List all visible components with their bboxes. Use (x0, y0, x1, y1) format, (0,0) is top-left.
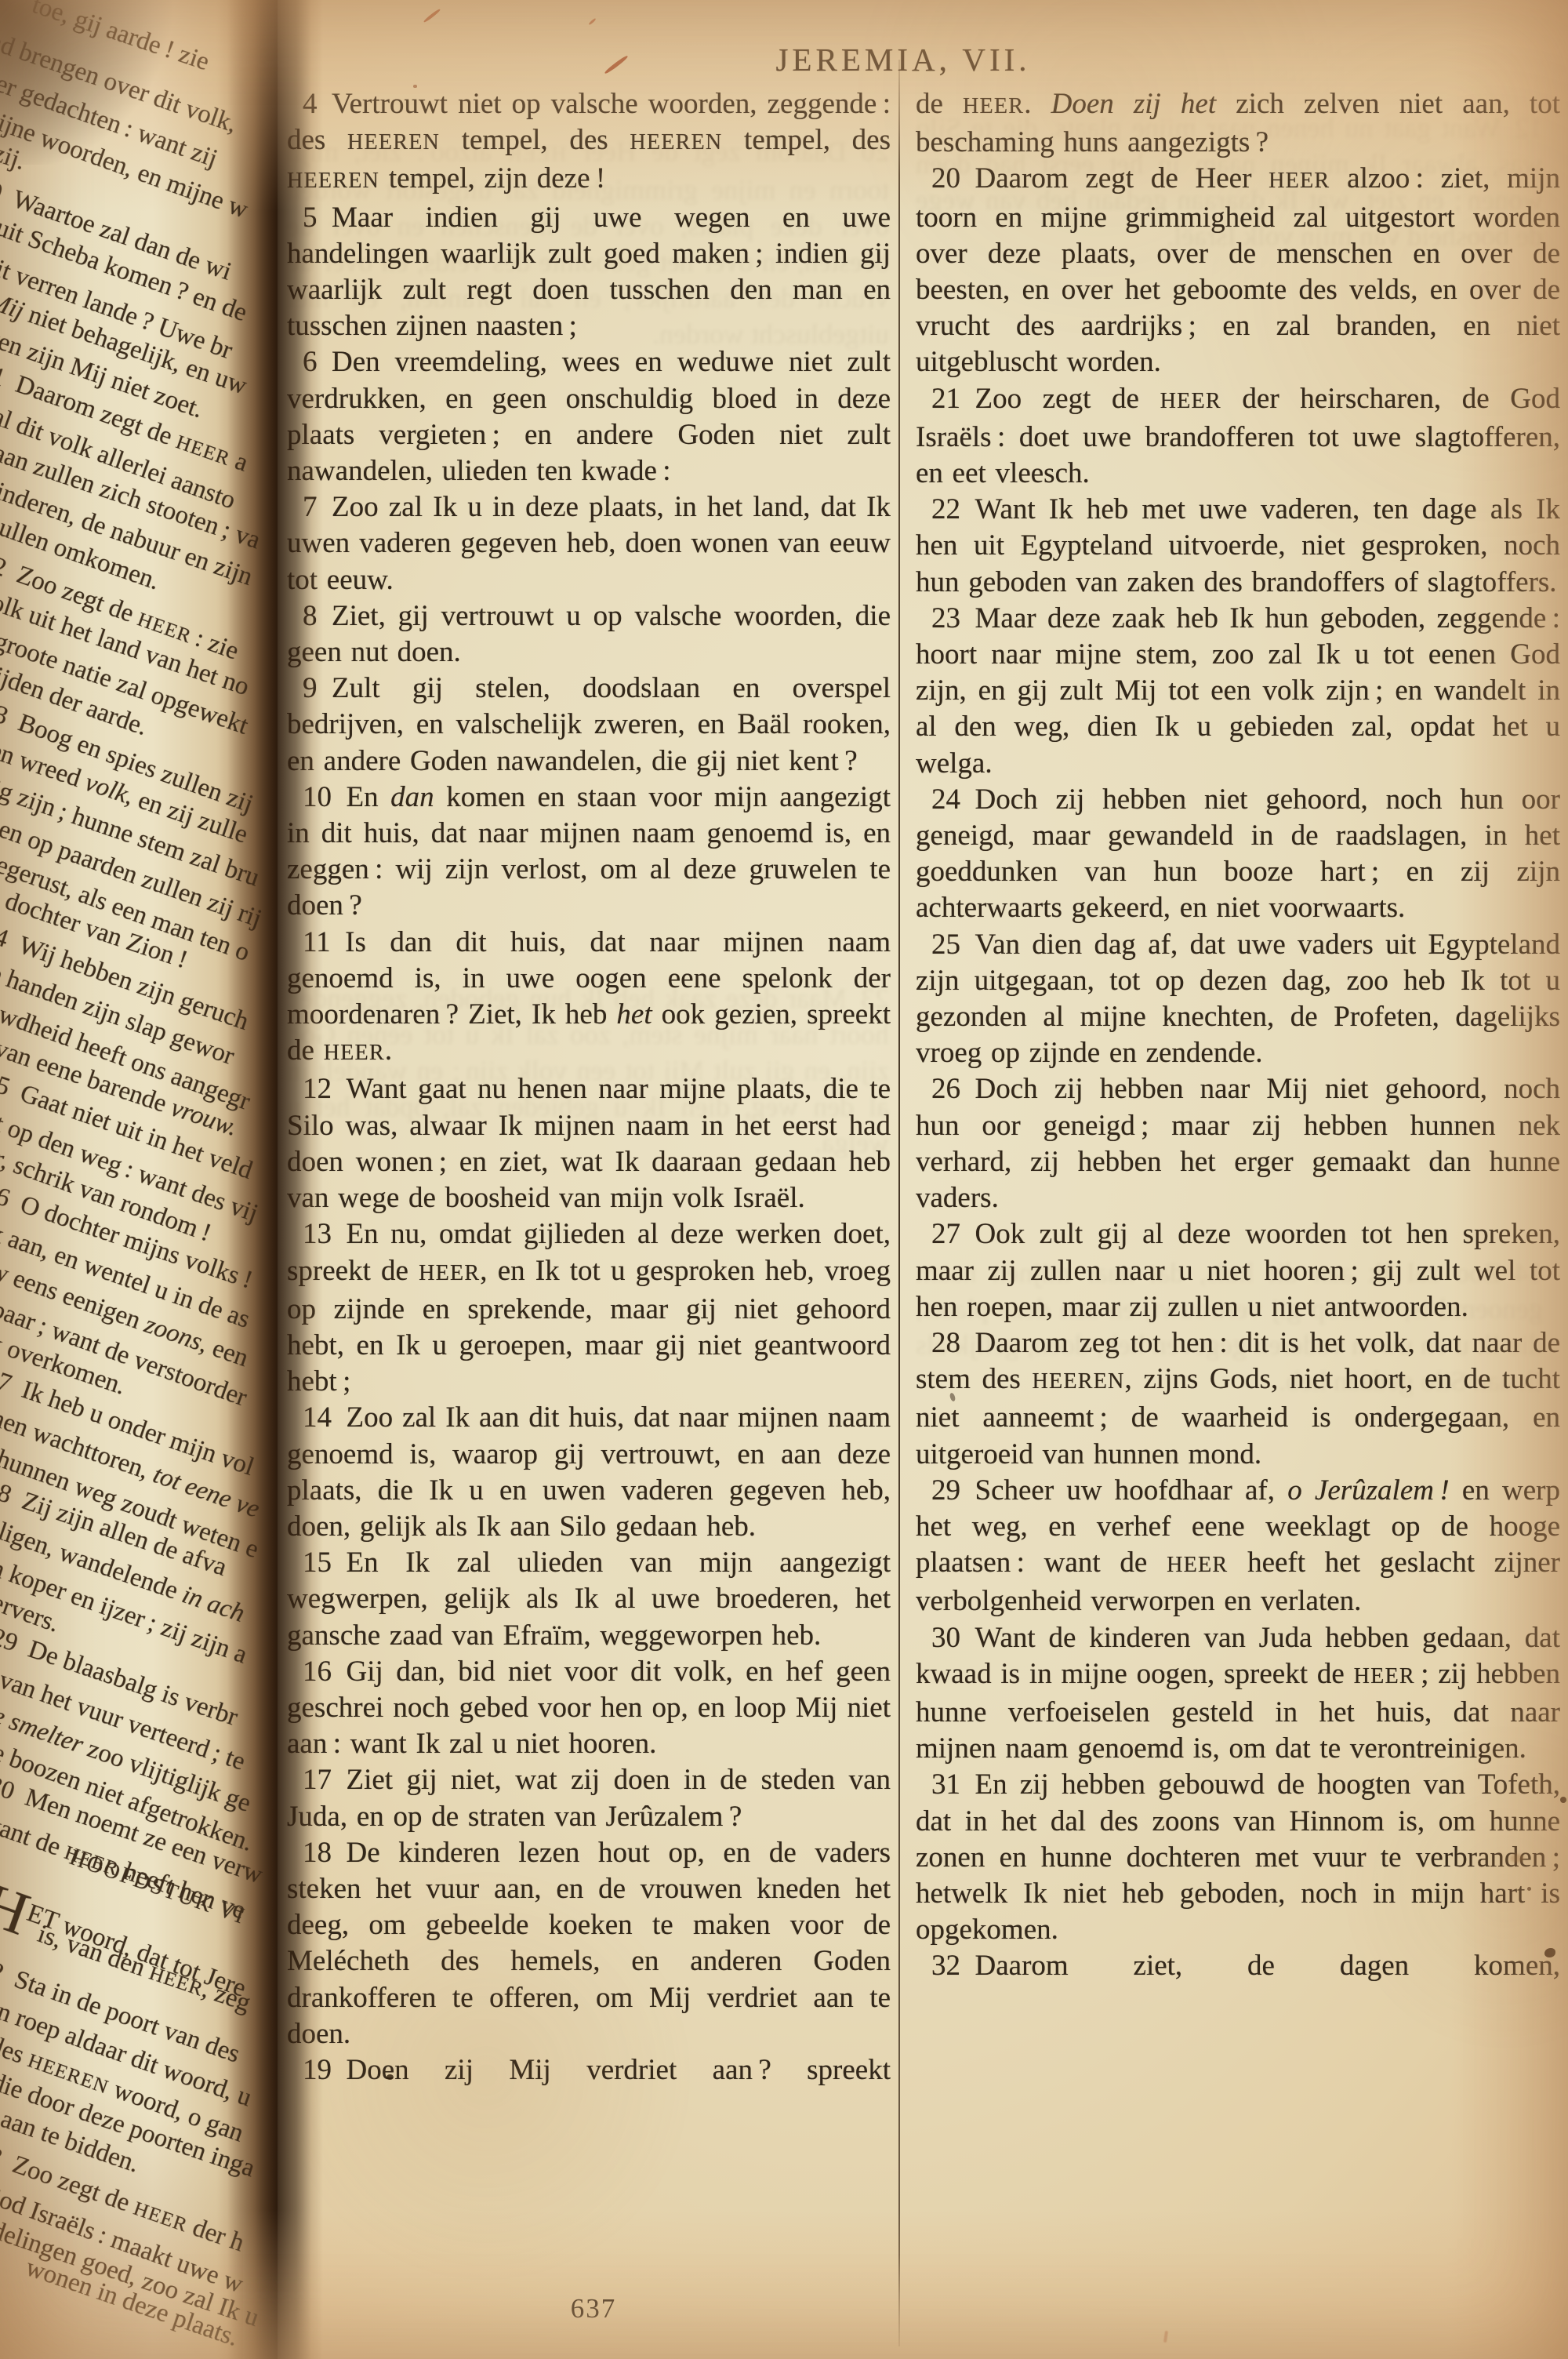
small-caps-name: HEEREN (1032, 1369, 1124, 1394)
verse-7: 7 Zoo zal Ik u in deze plaats, in het la… (287, 489, 891, 598)
verse-5: 5 Maar indien gij uwe wegen en uwe hande… (287, 200, 891, 345)
red-pen-mark (604, 55, 629, 75)
page-number: 637 (553, 2293, 634, 2324)
verse-17: 17 Ziet gij niet, wat zij doen in de ste… (287, 1762, 891, 1834)
small-caps-name: HEER (131, 2197, 191, 2237)
binding-gutter-shadow (227, 0, 323, 2359)
verse-25: 25 Van dien dag af, dat uwe vaders uit E… (916, 927, 1560, 1072)
verse-18: 18 De kinderen lezen hout op, en de vade… (287, 1835, 891, 2052)
verse-29: 29 Scheer uw hoofdhaar af, o Jerûzalem !… (916, 1473, 1560, 1620)
verse-24: 24 Doch zij hebben niet gehoord, noch hu… (916, 782, 1560, 927)
small-caps-name: HEER (1167, 1553, 1228, 1577)
verse-12: 12 Want gaat nu henen naar mijne plaats,… (287, 1071, 891, 1216)
verse-4: 4 Vertrouwt niet op valsche woorden, zeg… (287, 86, 891, 200)
verse-19-continued: de HEER. Doen zij het zich zelven niet a… (916, 86, 1560, 161)
red-pen-mark (588, 18, 596, 26)
verse-11: 11 Is dan dit huis, dat naar mijnen naam… (287, 925, 891, 1072)
ink-speck (1527, 1887, 1531, 1891)
verse-6: 6 Den vreemdeling, wees en weduwe niet z… (287, 344, 891, 489)
small-caps-name: HEER (963, 94, 1024, 118)
main-page: JEREMIA, VII. 20 Daarom zegt de Heer HEE… (276, 0, 1568, 2359)
small-caps-name: HEER (1160, 389, 1221, 413)
ink-blot (387, 2074, 394, 2080)
small-caps-name: HEER (419, 1261, 480, 1285)
verse-10: 10 En dan komen en staan voor mijn aange… (287, 780, 891, 925)
verse-14: 14 Zoo zal Ik aan dit huis, dat naar mij… (287, 1400, 891, 1545)
red-speck (1163, 2331, 1168, 2343)
verse-22: 22 Want Ik heb met uwe vaderen, ten dage… (916, 492, 1560, 601)
running-head: JEREMIA, VII. (775, 41, 1030, 78)
verse-31: 31 En zij hebben gebouwd de hoogten van … (916, 1767, 1560, 1948)
small-caps-name: HEER (1354, 1664, 1415, 1688)
verse-30: 30 Want de kinderen van Juda hebben geda… (916, 1620, 1560, 1768)
verse-20: 20 Daarom zegt de Heer HEER alzoo : ziet… (916, 161, 1560, 380)
verse-8: 8 Ziet, gij vertrouwt u op valsche woord… (287, 598, 891, 671)
drop-cap: H (0, 1870, 38, 1948)
text-column-left: 4 Vertrouwt niet op valsche woorden, zeg… (287, 86, 891, 2310)
verse-21: 21 Zoo zegt de HEER der heirscharen, de … (916, 381, 1560, 493)
verse-13: 13 En nu, omdat gijlieden al deze werken… (287, 1216, 891, 1400)
verse-16: 16 Gij dan, bid niet voor dit volk, en h… (287, 1654, 891, 1763)
foxing-spot (1510, 1854, 1524, 1863)
verse-15: 15 En Ik zal ulieden van mijn aangezigt … (287, 1545, 891, 1654)
red-speck (413, 85, 417, 88)
red-pen-mark (423, 8, 441, 23)
text-column-right: de HEER. Doen zij het zich zelven niet a… (916, 86, 1560, 2310)
verse-28: 28 Daarom zeg tot hen : dit is het volk,… (916, 1325, 1560, 1473)
scanned-bible-page: toe, gij aarde ! ziead brengen over dit … (0, 0, 1568, 2359)
verse-19-start: 19 Doen zij Mij verdriet aan ? spreekt (287, 2052, 891, 2088)
verse-26: 26 Doch zij hebben naar Mij niet gehoord… (916, 1071, 1560, 1216)
small-caps-name: HEEREN (630, 130, 722, 154)
ink-dot (1560, 1797, 1566, 1803)
verse-32-start: 32 Daarom ziet, de dagen komen, (916, 1948, 1560, 1984)
verse-23: 23 Maar deze zaak heb Ik hun geboden, ze… (916, 601, 1560, 782)
small-caps-name: HEEREN (347, 130, 440, 154)
small-caps-name: HEER (324, 1041, 385, 1065)
column-divider-rule (898, 60, 900, 2346)
small-caps-name: HEER (1269, 169, 1330, 193)
verse-27: 27 Ook zult gij al deze woorden tot hen … (916, 1216, 1560, 1325)
small-caps-name: HEER (173, 430, 234, 470)
verse-9: 9 Zult gij stelen, doodslaan en overspel… (287, 671, 891, 780)
